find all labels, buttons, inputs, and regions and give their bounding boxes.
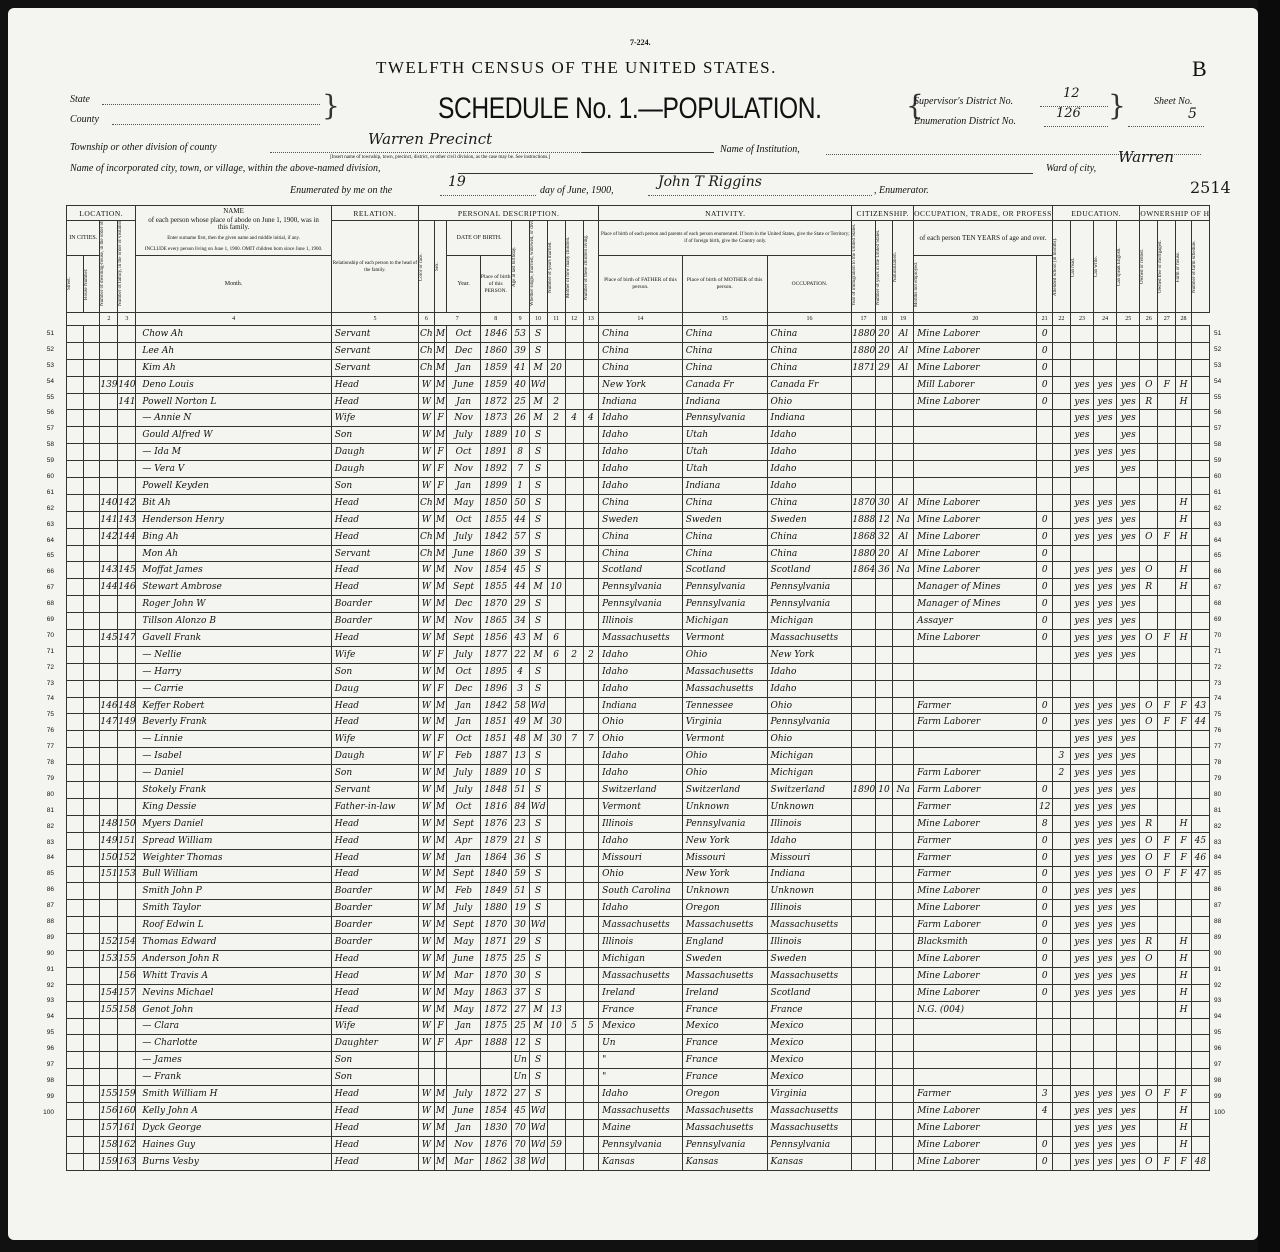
birth-month-cell: Oct bbox=[447, 731, 480, 748]
owned-rented-cell bbox=[1140, 478, 1158, 495]
farm-schedule-cell bbox=[1191, 680, 1209, 697]
line-number: 85 bbox=[1214, 866, 1228, 882]
table-row: 155159Smith William HHeadWMJuly187227SId… bbox=[67, 1086, 1210, 1103]
farm-schedule-header: Number of farm schedule. bbox=[1192, 228, 1198, 306]
birthplace-cell: Idaho bbox=[599, 1086, 683, 1103]
can-read-cell: yes bbox=[1070, 917, 1093, 934]
farm-schedule-cell bbox=[1191, 917, 1209, 934]
age-cell: 59 bbox=[511, 866, 529, 883]
attended-school-cell bbox=[1052, 376, 1070, 393]
age-cell: 10 bbox=[511, 765, 529, 782]
immigration-year-cell bbox=[852, 1119, 875, 1136]
sex-cell: M bbox=[434, 562, 447, 579]
farm-schedule-cell: 48 bbox=[1191, 1153, 1209, 1170]
line-number: 69 bbox=[1214, 612, 1228, 628]
can-read-cell: yes bbox=[1070, 393, 1093, 410]
marital-status-cell: Wd bbox=[529, 376, 547, 393]
mother-of-cell bbox=[565, 680, 583, 697]
attended-school-cell bbox=[1052, 326, 1070, 343]
occupation-cell bbox=[914, 444, 1037, 461]
years-married-cell bbox=[547, 494, 565, 511]
relation-cell: Head bbox=[331, 1119, 418, 1136]
mother-birthplace-cell: Sweden bbox=[767, 950, 852, 967]
table-row: 148150Myers DanielHeadWMSept187623SIllin… bbox=[67, 815, 1210, 832]
mother-birthplace-cell: Illinois bbox=[767, 934, 852, 951]
can-read-cell bbox=[1070, 359, 1093, 376]
farm-house-cell: H bbox=[1176, 562, 1191, 579]
table-row: 152154Thomas EdwardBoarderWMMay187129SIl… bbox=[67, 934, 1210, 951]
table-row: 157161Dyck GeorgeHeadWMJan183070WdMaineM… bbox=[67, 1119, 1210, 1136]
occupation-cell: Mine Laborer bbox=[914, 494, 1037, 511]
immigration-year-cell bbox=[852, 1153, 875, 1170]
empty-cell bbox=[83, 1052, 100, 1069]
can-write-cell: yes bbox=[1094, 494, 1117, 511]
dwelling-number-cell: 144 bbox=[100, 579, 118, 596]
line-number: 66 bbox=[40, 564, 54, 580]
relation-cell: Daugh bbox=[331, 444, 418, 461]
family-number-cell bbox=[118, 596, 136, 613]
dwelling-number-cell bbox=[100, 967, 118, 984]
birth-month-cell: Jan bbox=[447, 393, 480, 410]
line-number: 86 bbox=[40, 882, 54, 898]
table-row: Mon AhServantChMJune186039SChinaChinaChi… bbox=[67, 545, 1210, 562]
owned-rented-cell: O bbox=[1140, 630, 1158, 647]
city-field bbox=[458, 163, 1033, 174]
birthplace-cell: China bbox=[599, 326, 683, 343]
can-speak-english-cell: yes bbox=[1117, 1102, 1140, 1119]
farm-house-cell: H bbox=[1176, 494, 1191, 511]
occupation-cell bbox=[914, 461, 1037, 478]
person-name-cell: Mon Ah bbox=[136, 545, 331, 562]
line-number: 64 bbox=[1214, 533, 1228, 549]
table-row: — NellieWifeWFJuly187722M622IdahoOhioNew… bbox=[67, 646, 1210, 663]
birth-month-cell: Jan bbox=[447, 697, 480, 714]
enumeration-value: 126 bbox=[1056, 106, 1081, 121]
occupation-cell bbox=[914, 646, 1037, 663]
naturalization-cell bbox=[893, 950, 914, 967]
months-unemployed-cell: 0 bbox=[1037, 934, 1052, 951]
naturalization-cell bbox=[893, 849, 914, 866]
line-number: 70 bbox=[40, 628, 54, 644]
table-row: 149151Spread WilliamHeadWMApr187921SIdah… bbox=[67, 832, 1210, 849]
color-cell: W bbox=[419, 1153, 434, 1170]
occupation-cell: Manager of Mines bbox=[914, 596, 1037, 613]
birthplace-cell: Kansas bbox=[599, 1153, 683, 1170]
can-speak-english-cell: yes bbox=[1117, 494, 1140, 511]
relation-cell: Head bbox=[331, 579, 418, 596]
children-living-cell bbox=[583, 984, 599, 1001]
birth-month-cell: Jan bbox=[447, 714, 480, 731]
can-read-cell: yes bbox=[1070, 714, 1093, 731]
children-living-cell bbox=[583, 1069, 599, 1086]
dwelling-number-cell: 145 bbox=[100, 630, 118, 647]
occupation-cell: Mine Laborer bbox=[914, 967, 1037, 984]
line-number: 55 bbox=[1214, 390, 1228, 406]
dwelling-number-cell: 146 bbox=[100, 697, 118, 714]
empty-cell bbox=[67, 494, 84, 511]
birthplace-cell: South Carolina bbox=[599, 883, 683, 900]
table-row: Smith TaylorBoarderWMJuly188019SIdahoOre… bbox=[67, 900, 1210, 917]
person-name-cell: Henderson Henry bbox=[136, 511, 331, 528]
farm-house-cell bbox=[1176, 596, 1191, 613]
age-cell: 12 bbox=[511, 1035, 529, 1052]
can-write-cell: yes bbox=[1094, 748, 1117, 765]
pob-person-header: Place of birth of this PERSON. bbox=[480, 256, 511, 313]
farm-house-cell bbox=[1176, 731, 1191, 748]
line-number: 90 bbox=[40, 946, 54, 962]
farm-house-cell bbox=[1176, 444, 1191, 461]
can-write-cell: yes bbox=[1094, 613, 1117, 630]
enumerator-name: John T Riggins bbox=[658, 174, 762, 190]
can-speak-english-cell: yes bbox=[1117, 832, 1140, 849]
name-title: NAME bbox=[142, 208, 324, 215]
can-speak-english-cell: yes bbox=[1117, 765, 1140, 782]
line-number: 99 bbox=[1214, 1089, 1228, 1105]
can-write-cell: yes bbox=[1094, 866, 1117, 883]
can-speak-english-cell: yes bbox=[1117, 866, 1140, 883]
immigration-year-cell bbox=[852, 832, 875, 849]
birthplace-cell: Scotland bbox=[599, 562, 683, 579]
mother-birthplace-cell: Ohio bbox=[767, 393, 852, 410]
birth-month-cell: July bbox=[447, 782, 480, 799]
sheet-label: Sheet No. bbox=[1154, 96, 1192, 107]
dwelling-number-cell bbox=[100, 1018, 118, 1035]
children-living-cell bbox=[583, 815, 599, 832]
line-number: 77 bbox=[40, 739, 54, 755]
owned-rented-cell bbox=[1140, 663, 1158, 680]
immigration-year-cell: 1888 bbox=[852, 511, 875, 528]
mother-birthplace-cell: Unknown bbox=[767, 798, 852, 815]
person-name-cell: Kim Ah bbox=[136, 359, 331, 376]
children-living-cell bbox=[583, 680, 599, 697]
can-write-cell: yes bbox=[1094, 579, 1117, 596]
birth-month-cell bbox=[447, 1052, 480, 1069]
mother-birthplace-cell: Ohio bbox=[767, 697, 852, 714]
age-cell: 22 bbox=[511, 646, 529, 663]
enumerator-label: , Enumerator. bbox=[874, 185, 929, 196]
empty-cell bbox=[67, 731, 84, 748]
birth-month-cell: May bbox=[447, 1001, 480, 1018]
years-married-cell bbox=[547, 478, 565, 495]
naturalization-cell: Na bbox=[893, 511, 914, 528]
color-cell: W bbox=[419, 376, 434, 393]
dwelling-number-cell: 142 bbox=[100, 528, 118, 545]
marital-status-cell: S bbox=[529, 984, 547, 1001]
years-married-cell bbox=[547, 342, 565, 359]
owned-rented-cell bbox=[1140, 1018, 1158, 1035]
children-living-cell bbox=[583, 917, 599, 934]
empty-cell bbox=[67, 646, 84, 663]
naturalization-cell bbox=[893, 866, 914, 883]
years-in-us-cell bbox=[875, 680, 893, 697]
months-unemployed-cell: 0 bbox=[1037, 832, 1052, 849]
enumerated-suffix: day of June, 1900, bbox=[540, 185, 614, 196]
mother-birthplace-cell: Mexico bbox=[767, 1069, 852, 1086]
farm-schedule-cell bbox=[1191, 461, 1209, 478]
person-name-cell: Whitt Travis A bbox=[136, 967, 331, 984]
birth-year-cell: 1872 bbox=[480, 1086, 511, 1103]
months-unemployed-cell: 0 bbox=[1037, 562, 1052, 579]
family-number-cell: 162 bbox=[118, 1136, 136, 1153]
can-speak-english-cell: yes bbox=[1117, 579, 1140, 596]
years-in-us-header: Number of years in the United States. bbox=[876, 228, 882, 306]
mother-of-cell bbox=[565, 1052, 583, 1069]
father-birthplace-cell: France bbox=[682, 1052, 767, 1069]
relation-cell: Daughter bbox=[331, 1035, 418, 1052]
empty-cell bbox=[83, 444, 100, 461]
months-unemployed-cell: 0 bbox=[1037, 900, 1052, 917]
ward-value: Warren bbox=[1118, 148, 1174, 166]
supervisor-value: 12 bbox=[1063, 86, 1080, 101]
dwelling-number-cell bbox=[100, 782, 118, 799]
attended-school-cell bbox=[1052, 1153, 1070, 1170]
free-mortgaged-cell bbox=[1158, 798, 1176, 815]
mother-of-header: Mother of how many children. bbox=[566, 228, 572, 306]
can-write-cell: yes bbox=[1094, 782, 1117, 799]
years-in-us-cell bbox=[875, 917, 893, 934]
column-number: 4 bbox=[136, 313, 331, 326]
dwelling-number-cell: 155 bbox=[100, 1086, 118, 1103]
marital-status-cell: S bbox=[529, 815, 547, 832]
sex-header: Sex. bbox=[435, 228, 441, 306]
sex-cell: M bbox=[434, 967, 447, 984]
attended-school-cell bbox=[1052, 1086, 1070, 1103]
immigration-year-cell bbox=[852, 410, 875, 427]
can-speak-english-cell bbox=[1117, 1035, 1140, 1052]
right-line-numbers: 5152535455565758596061626364656667686970… bbox=[1214, 326, 1228, 1121]
can-read-cell: yes bbox=[1070, 528, 1093, 545]
immigration-year-cell bbox=[852, 714, 875, 731]
months-unemployed-cell: 0 bbox=[1037, 866, 1052, 883]
age-cell: 1 bbox=[511, 478, 529, 495]
attended-school-cell bbox=[1052, 579, 1070, 596]
free-mortgaged-cell bbox=[1158, 444, 1176, 461]
can-speak-english-cell: yes bbox=[1117, 393, 1140, 410]
can-write-cell: yes bbox=[1094, 883, 1117, 900]
free-mortgaged-cell bbox=[1158, 359, 1176, 376]
color-cell: W bbox=[419, 917, 434, 934]
color-cell: W bbox=[419, 1086, 434, 1103]
naturalization-cell bbox=[893, 697, 914, 714]
farm-house-cell bbox=[1176, 917, 1191, 934]
owned-rented-cell: R bbox=[1140, 934, 1158, 951]
empty-cell bbox=[67, 866, 84, 883]
farm-house-cell: H bbox=[1176, 393, 1191, 410]
table-row: 147149Beverly FrankHeadWMJan185149M30Ohi… bbox=[67, 714, 1210, 731]
relation-cell: Head bbox=[331, 1086, 418, 1103]
can-write-cell bbox=[1094, 1001, 1117, 1018]
can-speak-english-cell: yes bbox=[1117, 1136, 1140, 1153]
empty-cell bbox=[67, 900, 84, 917]
naturalization-cell bbox=[893, 917, 914, 934]
children-living-cell bbox=[583, 613, 599, 630]
farm-house-cell: F bbox=[1176, 866, 1191, 883]
dwelling-number-cell bbox=[100, 478, 118, 495]
can-write-cell bbox=[1094, 1069, 1117, 1086]
marital-status-cell: S bbox=[529, 934, 547, 951]
naturalization-cell bbox=[893, 967, 914, 984]
mother-of-cell bbox=[565, 596, 583, 613]
years-married-cell: 10 bbox=[547, 1018, 565, 1035]
relation-cell: Head bbox=[331, 849, 418, 866]
color-header: Color or race. bbox=[419, 228, 425, 306]
years-married-cell bbox=[547, 1035, 565, 1052]
empty-cell bbox=[83, 359, 100, 376]
empty-cell bbox=[67, 393, 84, 410]
relation-cell: Head bbox=[331, 1153, 418, 1170]
naturalization-cell bbox=[893, 579, 914, 596]
birth-year-cell: 1859 bbox=[480, 359, 511, 376]
mother-birthplace-cell: China bbox=[767, 494, 852, 511]
free-mortgaged-cell bbox=[1158, 427, 1176, 444]
birthplace-cell: Un bbox=[599, 1035, 683, 1052]
months-unemployed-cell bbox=[1037, 1035, 1052, 1052]
owned-rented-cell bbox=[1140, 984, 1158, 1001]
birthplace-cell: Ohio bbox=[599, 731, 683, 748]
age-cell: 8 bbox=[511, 444, 529, 461]
family-number-cell bbox=[118, 342, 136, 359]
can-read-cell bbox=[1070, 1035, 1093, 1052]
age-cell: 44 bbox=[511, 511, 529, 528]
line-number: 90 bbox=[1214, 946, 1228, 962]
dwelling-number-cell bbox=[100, 663, 118, 680]
empty-cell bbox=[83, 326, 100, 343]
can-read-cell: yes bbox=[1070, 900, 1093, 917]
table-row: Stokely FrankServantWMJuly184851SSwitzer… bbox=[67, 782, 1210, 799]
line-number: 94 bbox=[1214, 1009, 1228, 1025]
free-mortgaged-cell bbox=[1158, 562, 1176, 579]
dwelling-number-cell: 143 bbox=[100, 562, 118, 579]
farm-house-cell bbox=[1176, 410, 1191, 427]
color-cell: W bbox=[419, 900, 434, 917]
sex-cell: M bbox=[434, 1102, 447, 1119]
free-mortgaged-cell bbox=[1158, 680, 1176, 697]
dwelling-number-cell: 149 bbox=[100, 832, 118, 849]
line-number: 74 bbox=[1214, 691, 1228, 707]
occupation-cell bbox=[914, 663, 1037, 680]
line-number: 56 bbox=[1214, 405, 1228, 421]
can-speak-english-cell: yes bbox=[1117, 613, 1140, 630]
birthplace-cell: Idaho bbox=[599, 748, 683, 765]
farm-house-cell bbox=[1176, 478, 1191, 495]
family-number-cell bbox=[118, 545, 136, 562]
free-mortgaged-cell bbox=[1158, 1102, 1176, 1119]
birth-year-cell: 1849 bbox=[480, 883, 511, 900]
column-number: 22 bbox=[1052, 313, 1070, 326]
birth-month-cell: Oct bbox=[447, 511, 480, 528]
sex-cell: M bbox=[434, 765, 447, 782]
can-speak-english-cell: yes bbox=[1117, 1086, 1140, 1103]
table-row: 144146Stewart AmbroseHeadWMSept185544M10… bbox=[67, 579, 1210, 596]
immigration-year-cell bbox=[852, 427, 875, 444]
marital-status-cell: S bbox=[529, 849, 547, 866]
age-cell: 53 bbox=[511, 326, 529, 343]
years-in-us-cell bbox=[875, 630, 893, 647]
birthplace-cell: Idaho bbox=[599, 765, 683, 782]
immigration-year-cell bbox=[852, 866, 875, 883]
birth-month-cell: Sept bbox=[447, 815, 480, 832]
empty-cell bbox=[67, 461, 84, 478]
empty-cell bbox=[67, 613, 84, 630]
marital-status-cell: Wd bbox=[529, 798, 547, 815]
farm-house-cell: H bbox=[1176, 579, 1191, 596]
empty-cell bbox=[83, 630, 100, 647]
mother-of-cell bbox=[565, 1102, 583, 1119]
family-number-cell: 155 bbox=[118, 950, 136, 967]
age-cell: 44 bbox=[511, 579, 529, 596]
mother-birthplace-cell: Scotland bbox=[767, 984, 852, 1001]
can-write-cell: yes bbox=[1094, 528, 1117, 545]
marital-status-cell: S bbox=[529, 528, 547, 545]
empty-cell bbox=[83, 646, 100, 663]
father-birthplace-cell: Unknown bbox=[682, 798, 767, 815]
birth-month-cell: July bbox=[447, 528, 480, 545]
line-number: 88 bbox=[1214, 914, 1228, 930]
empty-cell bbox=[83, 782, 100, 799]
immigration-year-cell bbox=[852, 1069, 875, 1086]
owned-rented-cell bbox=[1140, 494, 1158, 511]
attended-school-cell bbox=[1052, 866, 1070, 883]
empty-cell bbox=[83, 427, 100, 444]
birth-month-cell: June bbox=[447, 545, 480, 562]
birth-year-cell: 1856 bbox=[480, 630, 511, 647]
years-married-cell bbox=[547, 1086, 565, 1103]
line-number: 83 bbox=[40, 835, 54, 851]
dwelling-number-cell: 150 bbox=[100, 849, 118, 866]
dwelling-number-header: Number of dwelling-house, in the order o… bbox=[100, 228, 106, 306]
empty-cell bbox=[67, 934, 84, 951]
line-number: 86 bbox=[1214, 882, 1228, 898]
family-number-cell: 160 bbox=[118, 1102, 136, 1119]
can-read-cell: yes bbox=[1070, 376, 1093, 393]
birth-month-cell: Jan bbox=[447, 849, 480, 866]
immigration-year-cell bbox=[852, 1035, 875, 1052]
empty-cell bbox=[83, 663, 100, 680]
can-read-cell bbox=[1070, 1018, 1093, 1035]
occupation-cell: Mine Laborer bbox=[914, 1119, 1037, 1136]
years-in-us-cell bbox=[875, 579, 893, 596]
free-mortgaged-cell: F bbox=[1158, 832, 1176, 849]
age-cell: 25 bbox=[511, 1018, 529, 1035]
occupation-cell: Mill Laborer bbox=[914, 376, 1037, 393]
relation-cell: Daugh bbox=[331, 461, 418, 478]
years-married-cell bbox=[547, 849, 565, 866]
birth-month-cell: Apr bbox=[447, 1035, 480, 1052]
birthplace-cell: Massachusetts bbox=[599, 917, 683, 934]
occupation-cell: Mine Laborer bbox=[914, 545, 1037, 562]
family-number-cell: 158 bbox=[118, 1001, 136, 1018]
sex-cell: M bbox=[434, 663, 447, 680]
attended-school-cell bbox=[1052, 849, 1070, 866]
can-write-cell bbox=[1094, 680, 1117, 697]
line-number: 76 bbox=[1214, 723, 1228, 739]
sex-cell: M bbox=[434, 950, 447, 967]
mother-of-cell bbox=[565, 1001, 583, 1018]
years-married-cell bbox=[547, 1102, 565, 1119]
immigration-year-cell bbox=[852, 663, 875, 680]
months-unemployed-cell bbox=[1037, 765, 1052, 782]
naturalization-cell: Al bbox=[893, 342, 914, 359]
attended-school-cell bbox=[1052, 731, 1070, 748]
attended-school-cell bbox=[1052, 630, 1070, 647]
table-row: Powell KeydenSonWFJan18991SIdahoIndianaI… bbox=[67, 478, 1210, 495]
months-unemployed-cell: 0 bbox=[1037, 376, 1052, 393]
occupation-cell: Mine Laborer bbox=[914, 342, 1037, 359]
family-number-cell bbox=[118, 680, 136, 697]
months-unemployed-cell: 0 bbox=[1037, 849, 1052, 866]
mother-of-cell bbox=[565, 494, 583, 511]
years-in-us-cell bbox=[875, 1018, 893, 1035]
